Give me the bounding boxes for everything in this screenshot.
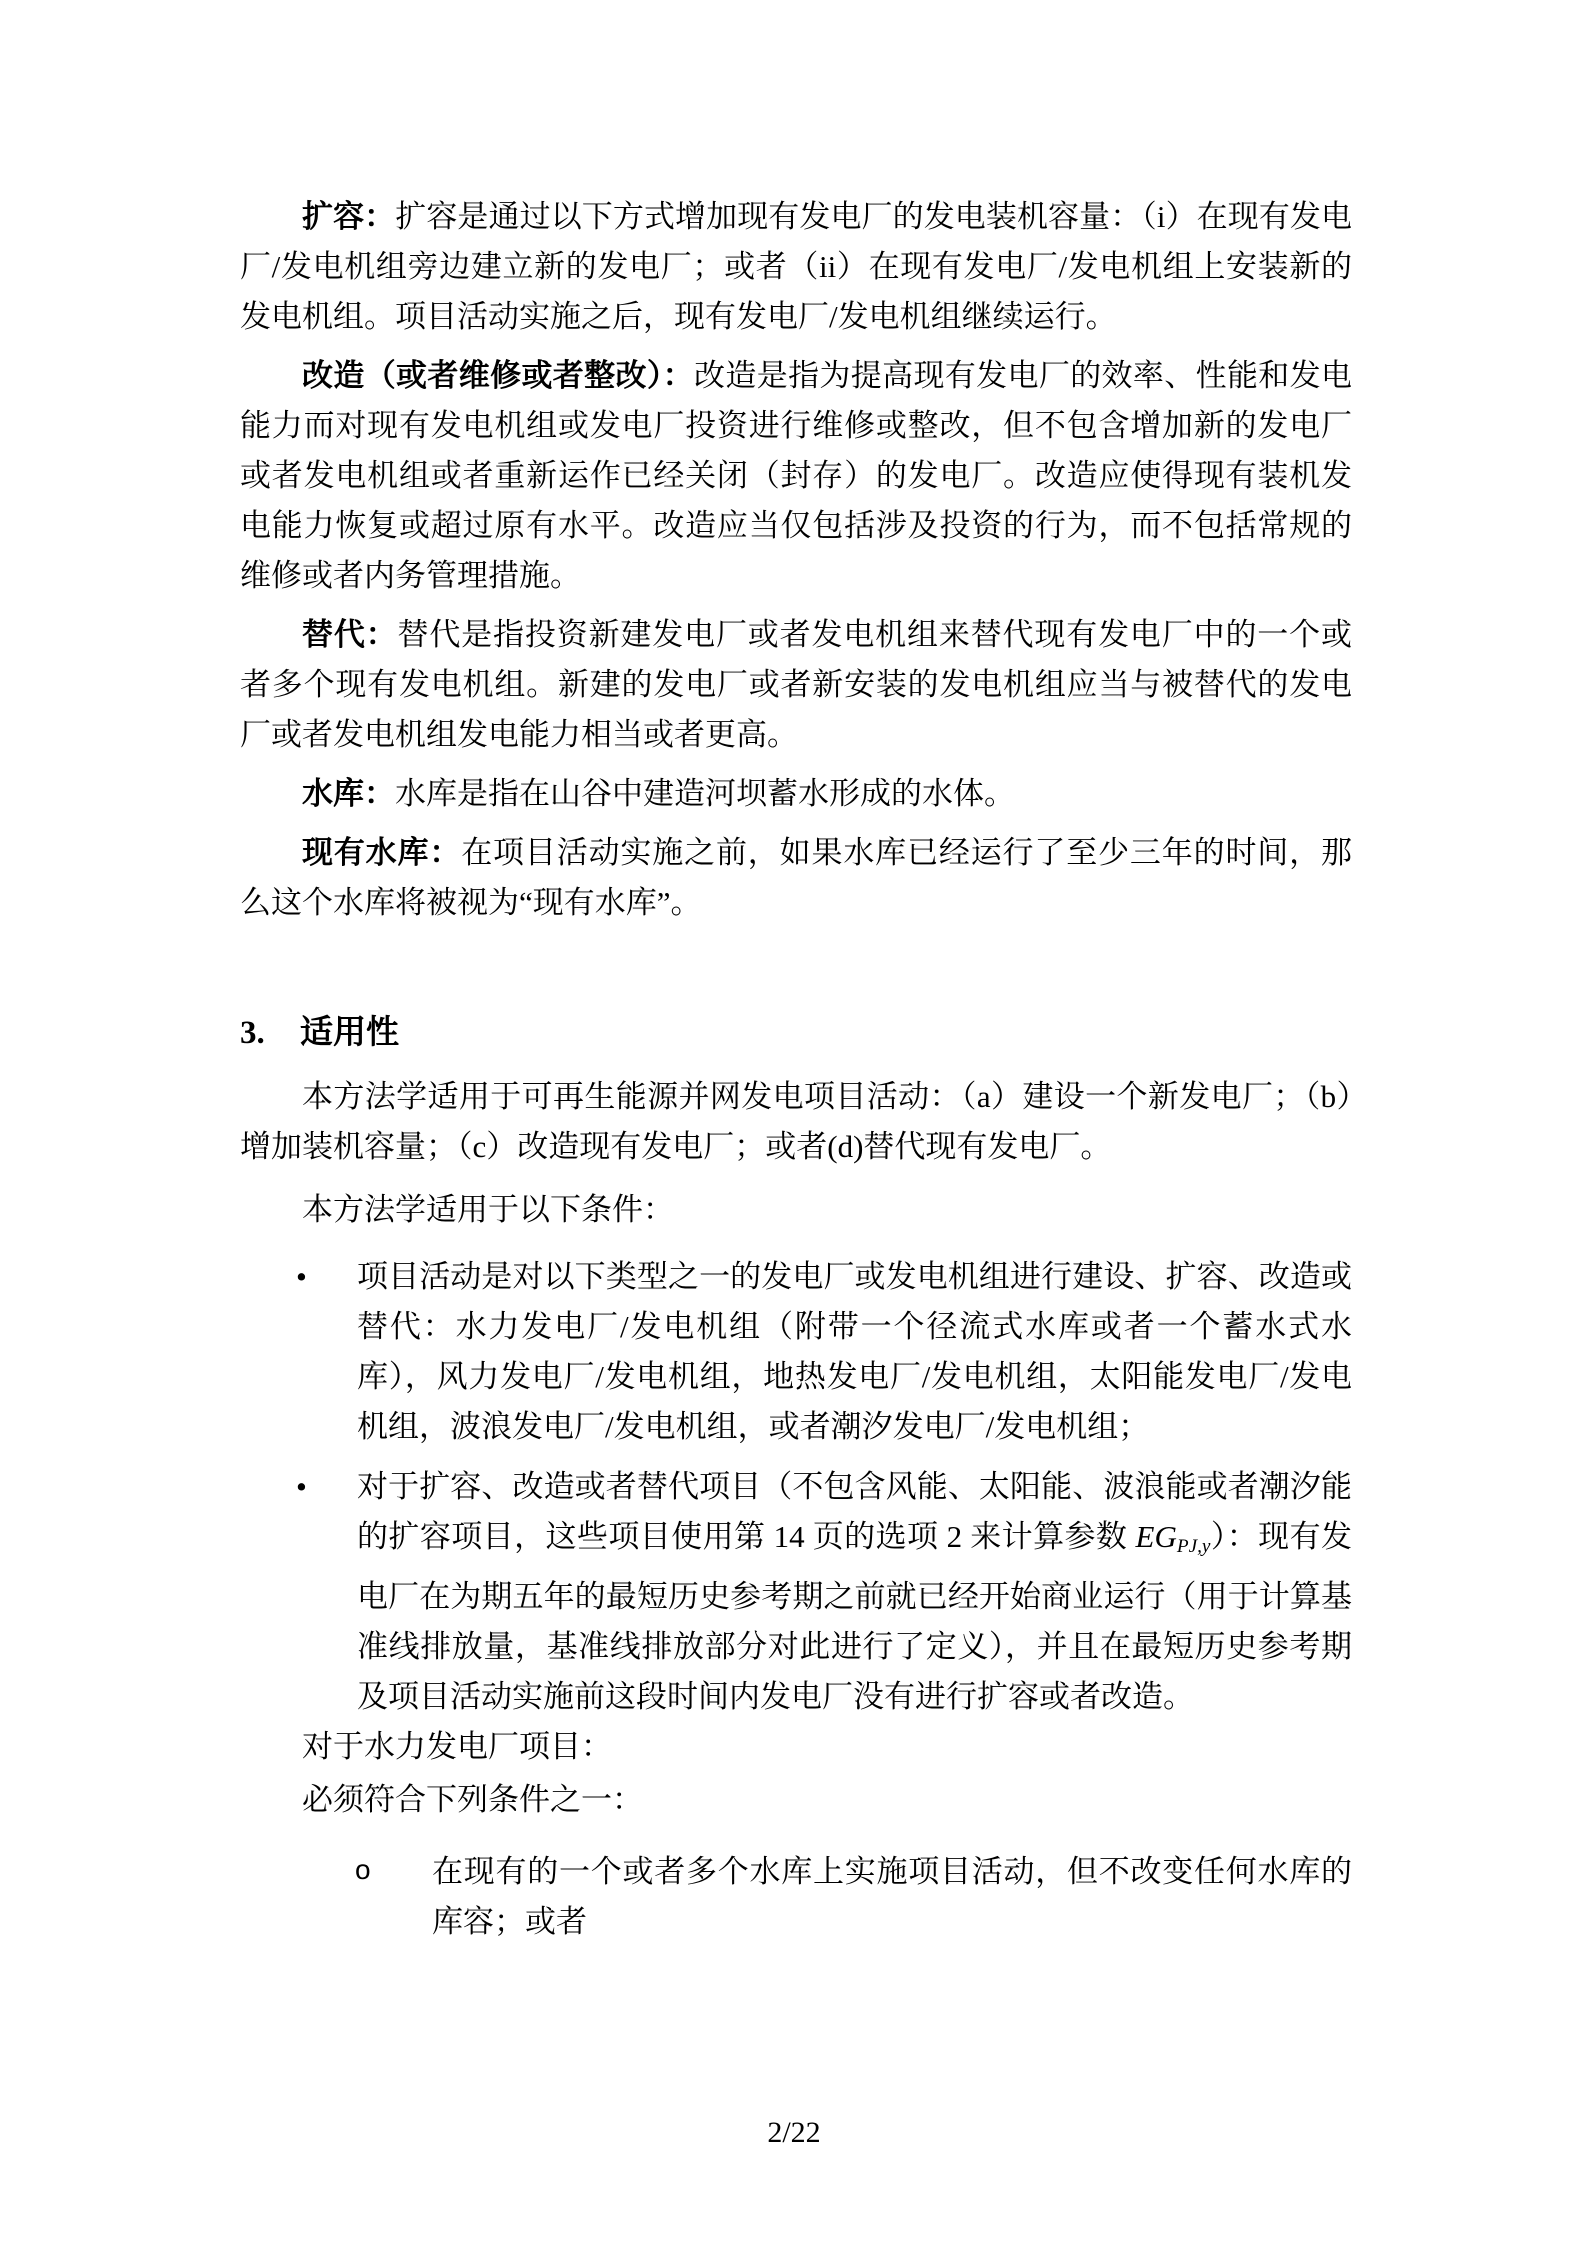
definition-paragraph: 改造（或者维修或者整改）：改造是指为提高现有发电厂的效率、性能和发电能力而对现有… [240, 351, 1352, 601]
bullet-list-item: • 项目活动是对以下类型之一的发电厂或发电机组进行建设、扩容、改造或替代：水力发… [240, 1252, 1352, 1452]
circle-bullet-icon: o [355, 1845, 371, 1895]
section-intro-paragraph: 本方法学适用于可再生能源并网发电项目活动：（a）建设一个新发电厂；（b）增加装机… [240, 1072, 1352, 1172]
page-number: 2/22 [0, 2108, 1588, 2158]
definition-paragraph: 扩容：扩容是通过以下方式增加现有发电厂的发电装机容量：（i）在现有发电厂/发电机… [240, 192, 1352, 342]
definition-text: 扩容是通过以下方式增加现有发电厂的发电装机容量：（i）在现有发电厂/发电机组旁边… [240, 199, 1352, 334]
formula-eg-subscript: PJ,y [1177, 1536, 1211, 1557]
definition-term: 水库： [302, 776, 395, 811]
definition-term: 扩容： [302, 199, 395, 234]
definition-paragraph: 现有水库：在项目活动实施之前，如果水库已经运行了至少三年的时间，那么这个水库将被… [240, 828, 1352, 928]
definition-term: 现有水库： [302, 835, 461, 870]
bullet-list-item: • 对于扩容、改造或者替代项目（不包含风能、太阳能、波浪能或者潮汐能的扩容项目，… [240, 1462, 1352, 1722]
bullet-icon: • [296, 1252, 307, 1302]
formula-eg: EG [1136, 1519, 1177, 1554]
definition-term: 改造（或者维修或者整改）： [302, 358, 694, 393]
bullet-icon: • [296, 1462, 307, 1512]
definition-paragraph: 水库：水库是指在山谷中建造河坝蓄水形成的水体。 [240, 769, 1352, 819]
document-page: 扩容：扩容是通过以下方式增加现有发电厂的发电装机容量：（i）在现有发电厂/发电机… [0, 0, 1588, 2245]
definition-paragraph: 替代：替代是指投资新建发电厂或者发电机组来替代现有发电厂中的一个或者多个现有发电… [240, 610, 1352, 760]
definition-text: 改造是指为提高现有发电厂的效率、性能和发电能力而对现有发电机组或发电厂投资进行维… [240, 358, 1352, 593]
definition-term: 替代： [302, 617, 398, 652]
section-heading: 3.适用性 [240, 1008, 1352, 1058]
hydro-condition-paragraph: 必须符合下列条件之一： [240, 1775, 1352, 1825]
section-title: 适用性 [300, 1015, 399, 1051]
definition-text: 替代是指投资新建发电厂或者发电机组来替代现有发电厂中的一个或者多个现有发电机组。… [240, 617, 1352, 752]
conditions-lead-paragraph: 本方法学适用于以下条件： [240, 1185, 1352, 1235]
sub-bullet-list-item: o 在现有的一个或者多个水库上实施项目活动，但不改变任何水库的库容；或者 [240, 1847, 1352, 1947]
hydro-lead-paragraph: 对于水力发电厂项目： [240, 1722, 1352, 1772]
definition-text: 水库是指在山谷中建造河坝蓄水形成的水体。 [395, 776, 1015, 811]
document-content: 扩容：扩容是通过以下方式增加现有发电厂的发电装机容量：（i）在现有发电厂/发电机… [240, 192, 1352, 1947]
section-number: 3. [240, 1008, 300, 1058]
sub-bullet-text: 在现有的一个或者多个水库上实施项目活动，但不改变任何水库的库容；或者 [432, 1854, 1352, 1939]
bullet-text: 项目活动是对以下类型之一的发电厂或发电机组进行建设、扩容、改造或替代：水力发电厂… [357, 1259, 1352, 1444]
